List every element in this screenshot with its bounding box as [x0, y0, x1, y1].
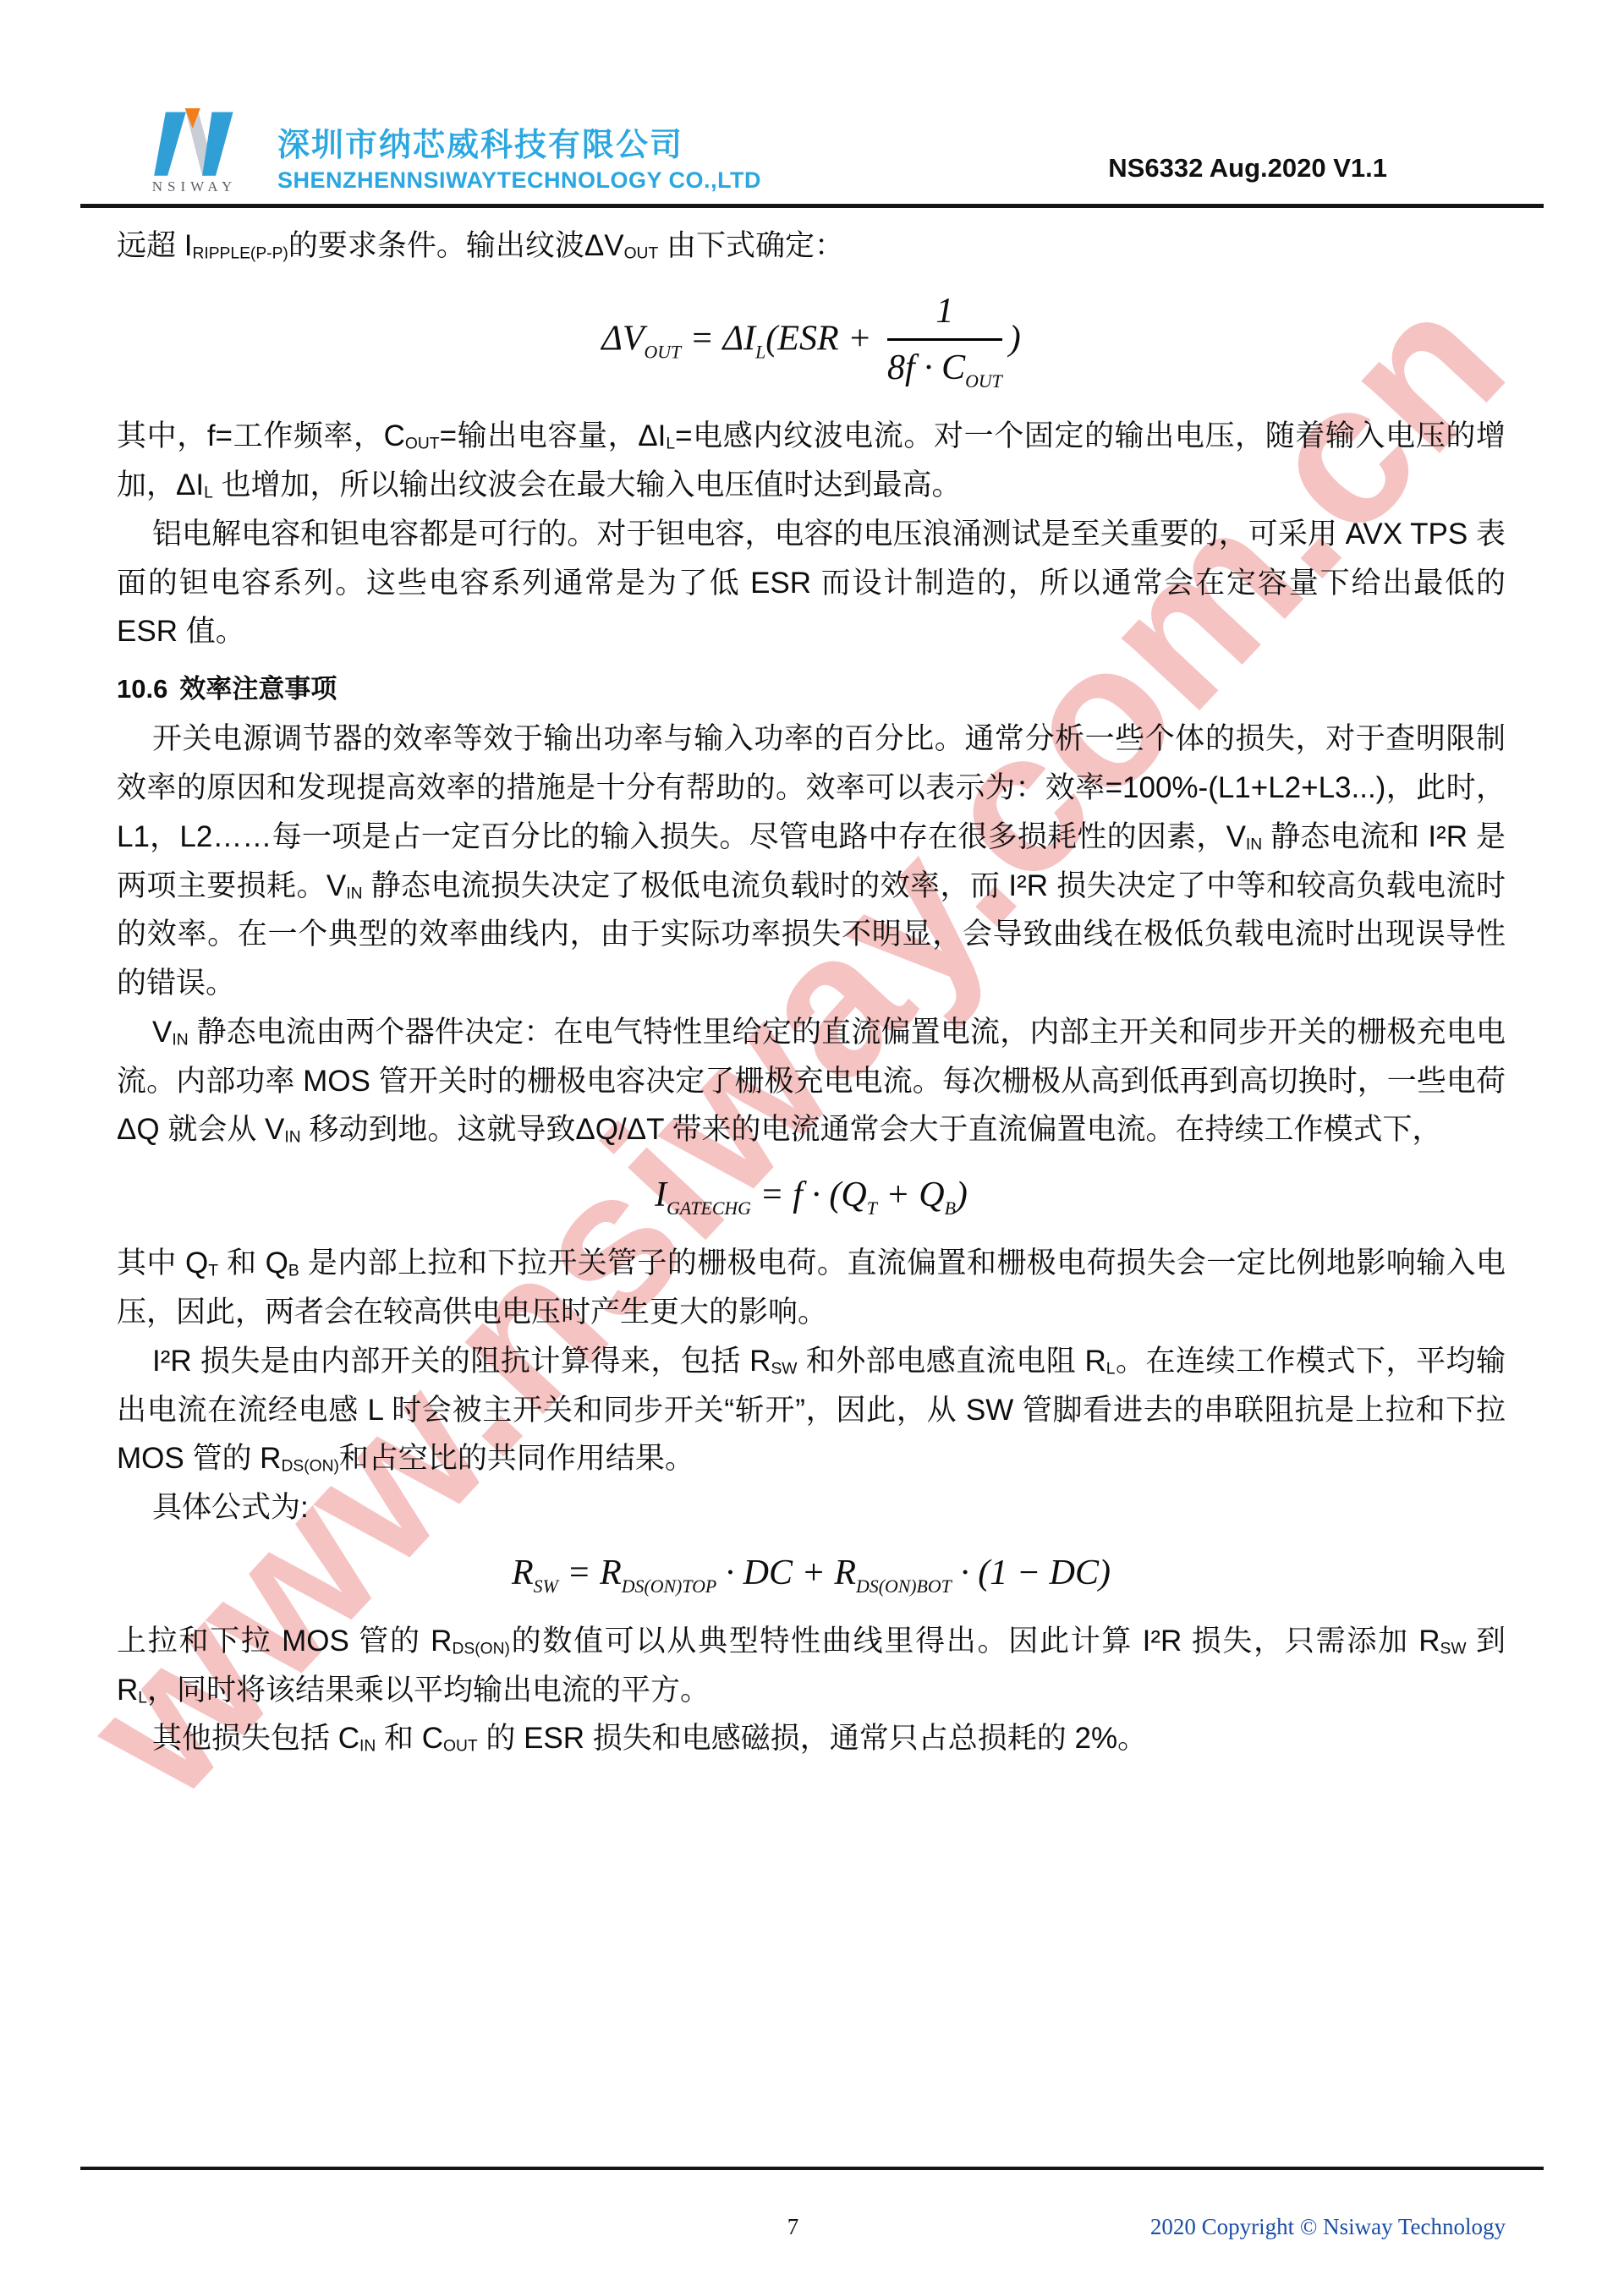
section-title: 效率注意事项: [179, 674, 337, 704]
company-titles: 深圳市纳芯威科技有限公司 SHENZHENNSIWAYTECHNOLOGY CO…: [277, 129, 761, 195]
page-number: 7: [787, 2214, 799, 2240]
paragraph-gate-charge: 其中 QT 和 QB 是内部上拉和下拉开关管子的栅极电荷。直流偏置和栅极电荷损失…: [117, 1239, 1506, 1337]
formula-rsw: RSW = RDS(ON)TOP · DC + RDS(ON)BOT · (1 …: [117, 1551, 1506, 1598]
paragraph-capacitors: 铝电解电容和钽电容都是可行的。对于钽电容，电容的电压浪涌测试是至关重要的，可采用…: [117, 510, 1506, 656]
company-name-cn: 深圳市纳芯威科技有限公司: [277, 129, 761, 164]
paragraph-formula-intro: 具体公式为:: [117, 1483, 1506, 1532]
formula-output-ripple: ΔVOUT = ΔIL(ESR + 18f · COUT): [117, 289, 1506, 394]
copyright-notice: 2020 Copyright © Nsiway Technology: [1150, 2214, 1506, 2240]
paragraph-where-terms: 其中，f=工作频率，COUT=输出电容量，ΔIL=电感内纹波电流。对一个固定的输…: [117, 412, 1506, 510]
paragraph-ripple-intro: 远超 IRIPPLE(P-P)的要求条件。输出纹波ΔVOUT 由下式确定：: [117, 222, 1506, 271]
section-number: 10.6: [117, 674, 167, 704]
footer-rule: [80, 2167, 1544, 2170]
logo-caption: NSIWAY: [152, 178, 238, 195]
doc-version: NS6332 Aug.2020 V1.1: [1108, 153, 1387, 195]
page-header: NSIWAY 深圳市纳芯威科技有限公司 SHENZHENNSIWAYTECHNO…: [0, 0, 1624, 204]
section-heading: 10.6效率注意事项: [117, 665, 1506, 713]
paragraph-i2r-loss: I²R 损失是由内部开关的阻抗计算得来，包括 RSW 和外部电感直流电阻 RL。…: [117, 1337, 1506, 1483]
page-content: 远超 IRIPPLE(P-P)的要求条件。输出纹波ΔVOUT 由下式确定： ΔV…: [0, 208, 1624, 1763]
paragraph-rdson: 上拉和下拉 MOS 管的 RDS(ON)的数值可以从典型特性曲线里得出。因此计算…: [117, 1617, 1506, 1715]
formula-gate-charge: IGATECHG = f · (QT + QB): [117, 1173, 1506, 1220]
nsiway-n-icon: [144, 108, 245, 178]
paragraph-efficiency: 开关电源调节器的效率等效于输出功率与输入功率的百分比。通常分析一些个体的损失，对…: [117, 715, 1506, 1008]
company-name-en: SHENZHENNSIWAYTECHNOLOGY CO.,LTD: [277, 168, 761, 194]
brand-block: NSIWAY 深圳市纳芯威科技有限公司 SHENZHENNSIWAYTECHNO…: [127, 108, 761, 195]
page-footer: 7 2020 Copyright © Nsiway Technology: [80, 2214, 1506, 2265]
datasheet-page: www.nsiway.com.cn NSIWAY 深圳市纳芯威科技有限公司 SH…: [0, 0, 1624, 2296]
paragraph-vin-quiescent: VIN 静态电流由两个器件决定：在电气特性里给定的直流偏置电流，内部主开关和同步…: [117, 1008, 1506, 1154]
paragraph-other-losses: 其他损失包括 CIN 和 COUT 的 ESR 损失和电感磁损，通常只占总损耗的…: [117, 1714, 1506, 1763]
company-logo: NSIWAY: [127, 108, 262, 195]
